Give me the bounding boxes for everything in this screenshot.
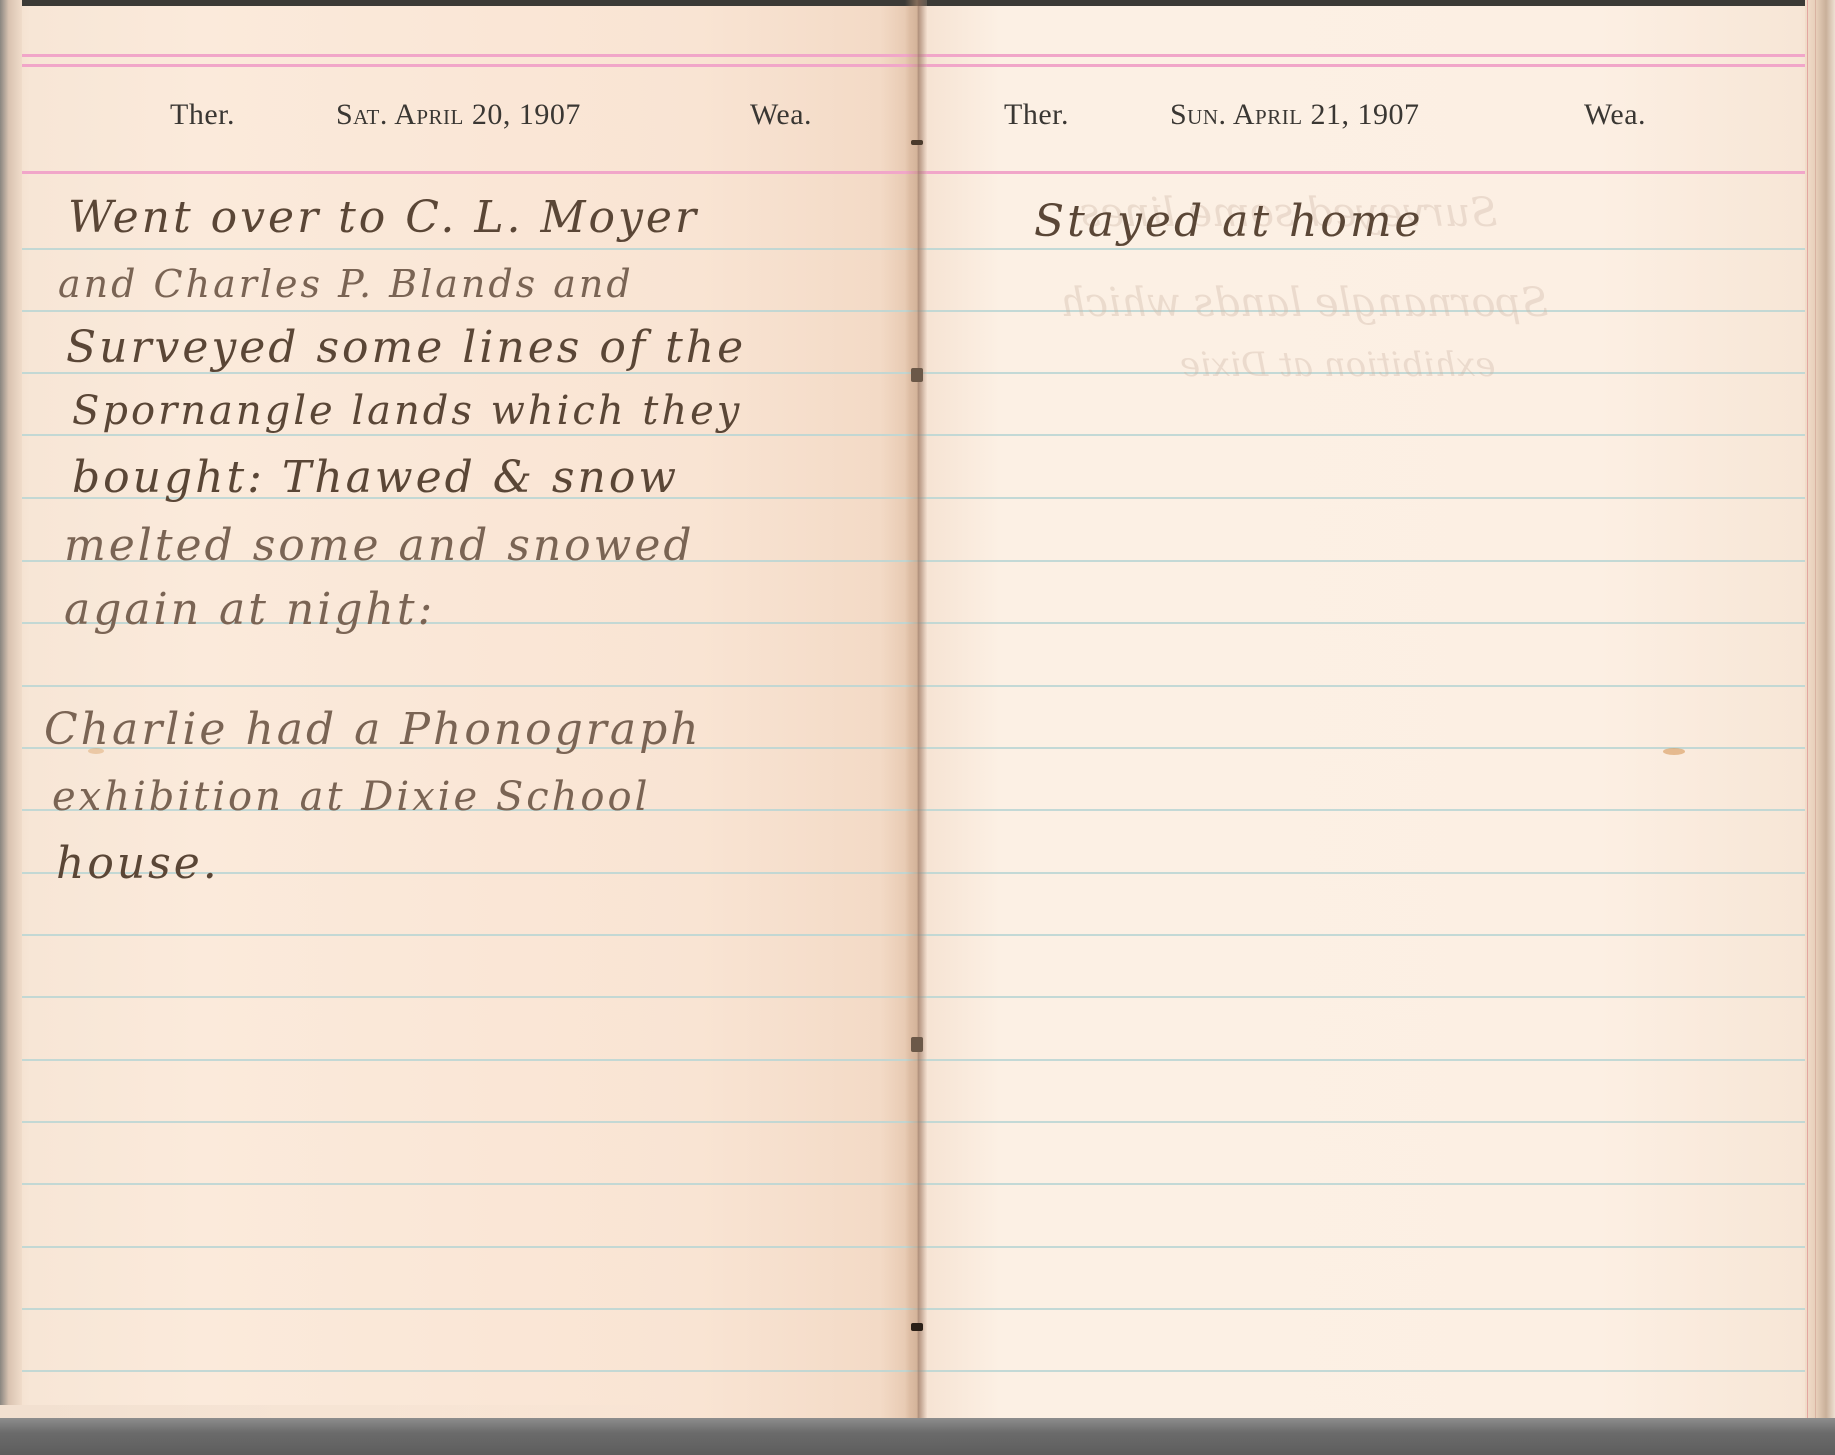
handwritten-line: Stayed at home — [1034, 196, 1424, 247]
handwritten-line: Surveyed some lines of the — [66, 322, 746, 373]
handwritten-line: house. — [56, 838, 220, 889]
handwritten-line: Spornangle lands which they — [72, 388, 742, 434]
diary-spread: Surveyed some lines Spornangle lands whi… — [0, 0, 1835, 1420]
paper-stain — [1663, 748, 1685, 755]
handwritten-line: melted some and snowed — [64, 520, 695, 571]
scanner-bed — [0, 1418, 1835, 1455]
page-date: Sun. April 21, 1907 — [1170, 98, 1420, 132]
handwritten-line: Charlie had a Phonograph — [44, 704, 702, 755]
handwritten-line: bought: Thawed & snow — [72, 452, 679, 503]
binding-stitch — [911, 1323, 923, 1331]
handwritten-line: again at night: — [64, 584, 435, 635]
handwritten-line: Went over to C. L. Moyer — [68, 192, 699, 243]
book-right-edge — [1805, 0, 1835, 1420]
page-date: Sat. April 20, 1907 — [336, 98, 581, 132]
ther-label: Ther. — [1004, 98, 1069, 132]
book-left-edge — [0, 0, 22, 1420]
wea-label: Wea. — [1584, 98, 1646, 132]
book-spine — [905, 0, 927, 1420]
wea-label: Wea. — [750, 98, 812, 132]
binding-stitch — [911, 1037, 923, 1052]
handwritten-line: and Charles P. Blands and — [58, 262, 634, 306]
binding-stitch — [911, 368, 923, 382]
handwritten-line: exhibition at Dixie School — [52, 774, 650, 820]
ink-bleed-through: exhibition at Dixie — [1180, 345, 1495, 385]
ther-label: Ther. — [170, 98, 235, 132]
binding-stitch — [911, 140, 923, 145]
ink-bleed-through: Spornangle lands which — [1060, 280, 1549, 326]
